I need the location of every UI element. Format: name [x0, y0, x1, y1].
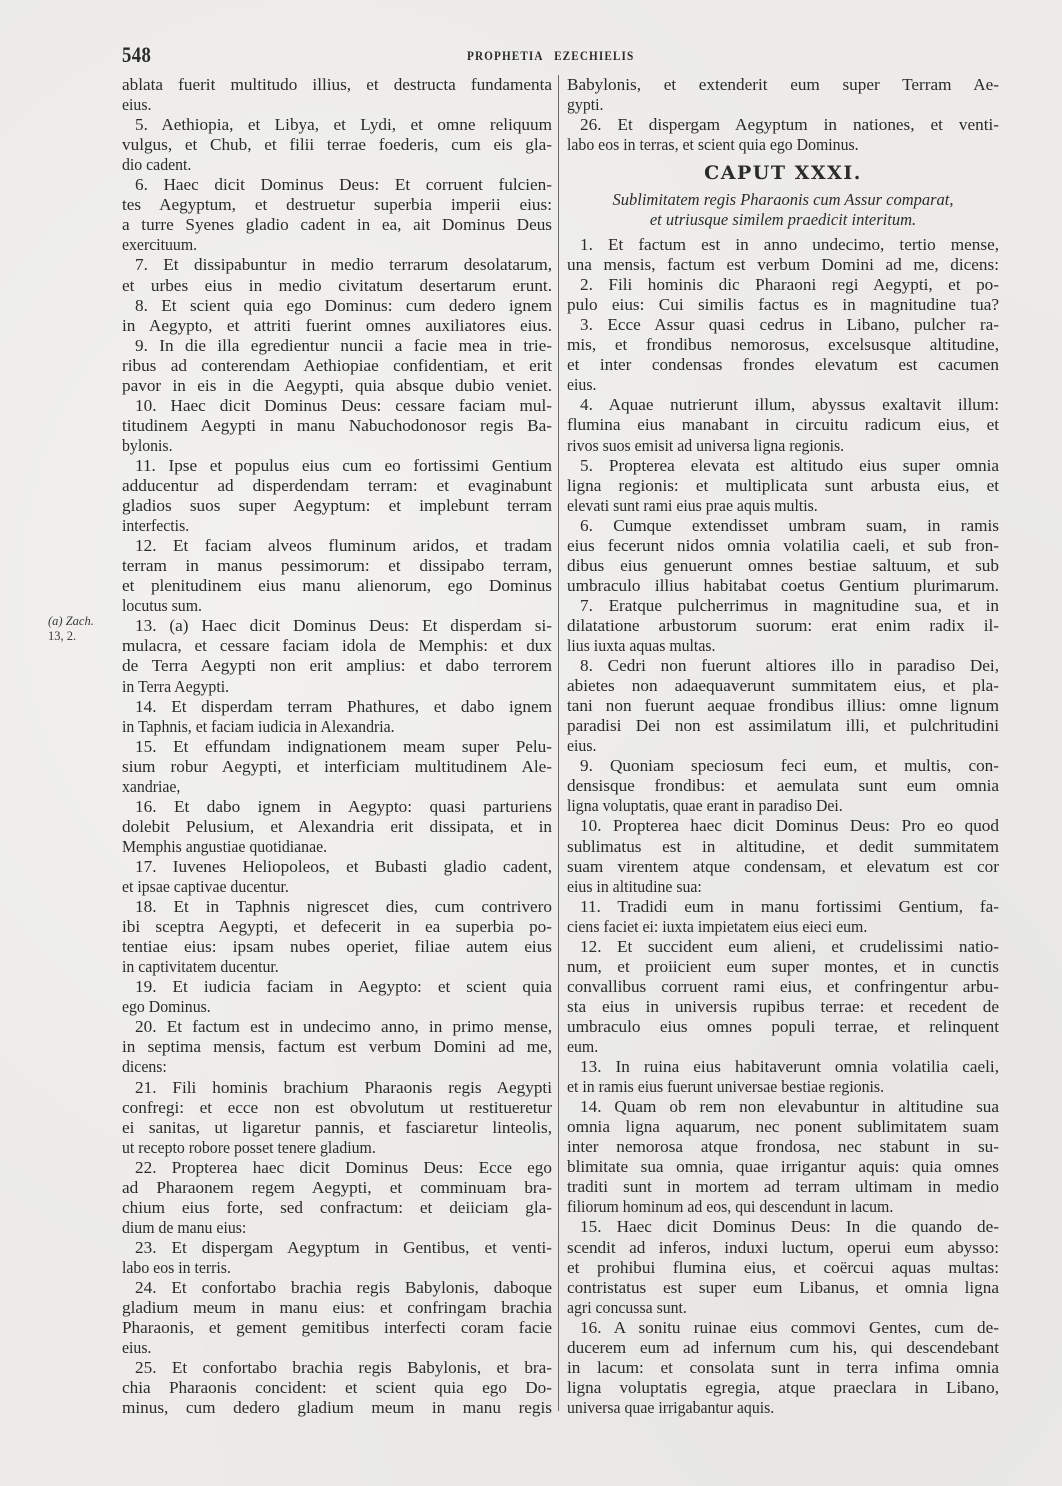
- text-line: Babylonis, et extenderit eum super Terra…: [567, 75, 999, 95]
- text-line: 13. In ruina eius habitaverunt omnia vol…: [567, 1057, 999, 1077]
- text-line: in lacum: et consolata sunt in terra inf…: [567, 1358, 999, 1378]
- text-line: ad Pharaonem regem Aegypti, et comminuam…: [122, 1178, 552, 1198]
- text-line: ego Dominus.: [122, 997, 552, 1017]
- text-line: et prohibui flumina eius, et coërcui aqu…: [567, 1258, 999, 1278]
- text-line: 2. Fili hominis dic Pharaoni regi Aegypt…: [567, 275, 999, 295]
- text-line: eius fecerunt nidos omnia volatilia cael…: [567, 536, 999, 556]
- text-line: mulacra, et cessare faciam idola de Memp…: [122, 636, 552, 656]
- text-line: 20. Et factum est in undecimo anno, in p…: [122, 1017, 552, 1037]
- text-line: exercituum.: [122, 235, 552, 255]
- text-line: 22. Propterea haec dicit Dominus Deus: E…: [122, 1158, 552, 1178]
- text-line: et plenitudinem eius manu alienorum, ego…: [122, 576, 552, 596]
- text-line: 6. Haec dicit Dominus Deus: Et corruent …: [122, 175, 552, 195]
- text-line: eius.: [122, 95, 552, 115]
- text-line: flumina eius manabant in circuitu radicu…: [567, 415, 999, 435]
- text-line: 12. Et faciam alveos fluminum aridos, et…: [122, 536, 552, 556]
- text-line: 7. Et dissipabuntur in medio terrarum de…: [122, 255, 552, 275]
- text-line: et urbes eius in medio civitatum deserta…: [122, 276, 552, 296]
- text-line: locutus sum.: [122, 596, 552, 616]
- text-line: tentiae eius: ipsam nubes operiet, filia…: [122, 937, 552, 957]
- text-line: 25. Et confortabo brachia regis Babyloni…: [122, 1358, 552, 1378]
- text-line: 17. Iuvenes Heliopoleos, et Bubasti glad…: [122, 857, 552, 877]
- text-line: dium de manu eius:: [122, 1218, 552, 1238]
- text-line: traditi sunt in mortem ad terram ultimam…: [567, 1177, 999, 1197]
- text-line: in Terra Aegypti.: [122, 677, 552, 697]
- text-line: eius.: [567, 375, 999, 395]
- text-line: convallibus corruent rami eius, et confr…: [567, 977, 999, 997]
- text-line: tes Aegyptum, et destruetur superbia imp…: [122, 195, 552, 215]
- text-line: 5. Aethiopia, et Libya, et Lydi, et omne…: [122, 115, 552, 135]
- text-line: in captivitatem ducentur.: [122, 957, 552, 977]
- text-line: contristatus est super eum Libanus, et o…: [567, 1278, 999, 1298]
- text-line: 24. Et confortabo brachia regis Babyloni…: [122, 1278, 552, 1298]
- text-line: eum.: [567, 1037, 999, 1057]
- text-line: in septima mensis, factum est verbum Dom…: [122, 1037, 552, 1057]
- text-line: 6. Cumque extendisset umbram suam, in ra…: [567, 516, 999, 536]
- text-line: 9. In die illa egredientur nuncii a faci…: [122, 336, 552, 356]
- text-line: 15. Et effundam indignationem meam super…: [122, 737, 552, 757]
- text-line: 4. Aquae nutrierunt illum, abyssus exalt…: [567, 395, 999, 415]
- text-line: ablata fuerit multitudo illius, et destr…: [122, 75, 552, 95]
- text-line: 10. Haec dicit Dominus Deus: cessare fac…: [122, 396, 552, 416]
- text-line: ut recepto robore posset tenere gladium.: [122, 1138, 552, 1158]
- text-line: a turre Syenes gladio cadent in ea, ait …: [122, 215, 552, 235]
- text-line: ribus ad conterendam Aethiopiae confiden…: [122, 356, 552, 376]
- text-line: dolebit Pelusium, et Alexandria erit dis…: [122, 817, 552, 837]
- text-line: 19. Et iudicia faciam in Aegypto: et sci…: [122, 977, 552, 997]
- text-line: 8. Et scient quia ego Dominus: cum deder…: [122, 296, 552, 316]
- text-line: num, et proiicient eum super montes, et …: [567, 957, 999, 977]
- text-line: terram in manus pessimorum: et dissipabo…: [122, 556, 552, 576]
- text-line: titudinem Aegypti in manu Nabuchodonosor…: [122, 416, 552, 436]
- text-line: 16. Et dabo ignem in Aegypto: quasi part…: [122, 797, 552, 817]
- text-line: Memphis angustiae quotidianae.: [122, 837, 552, 857]
- text-line: 12. Et succident eum alieni, et crudelis…: [567, 937, 999, 957]
- text-line: adducentur ad disperdendam terram: et ev…: [122, 476, 552, 496]
- text-line: sta eius in universis rupibus terrae: et…: [567, 997, 999, 1017]
- margin-note-label: (a) Zach.: [48, 614, 94, 628]
- text-line: 21. Fili hominis brachium Pharaonis regi…: [122, 1078, 552, 1098]
- text-line: 14. Quam ob rem non elevabuntur in altit…: [567, 1097, 999, 1117]
- text-line: pavor in eis in die Aegypti, quia absque…: [122, 376, 552, 396]
- text-line: blimitate sua omnia, quae irrigantur aqu…: [567, 1157, 999, 1177]
- text-line: 10. Propterea haec dicit Dominus Deus: P…: [567, 816, 999, 836]
- text-line: gladium meum in manu eius: et confringam…: [122, 1298, 552, 1318]
- text-line: umbraculo illius habitabat coetus Gentiu…: [567, 576, 999, 596]
- text-line: 18. Et in Taphnis nigrescet dies, cum co…: [122, 897, 552, 917]
- text-line: ligna regionis: et multiplicata sunt arb…: [567, 476, 999, 496]
- running-title: PROPHETIA EZECHIELIS: [467, 49, 634, 64]
- text-line: ligna voluptatis egregia, atque praeclar…: [567, 1378, 999, 1398]
- text-line: bylonis.: [122, 436, 552, 456]
- text-line: paradisi Dei non est assimilatum illi, e…: [567, 716, 999, 736]
- text-line: Pharaonis, et gement gemitibus interfect…: [122, 1318, 552, 1338]
- text-line: sublimatus est in altitudine, et dedit s…: [567, 837, 999, 857]
- text-line: labo eos in terris.: [122, 1258, 552, 1278]
- text-line: 3. Ecce Assur quasi cedrus in Libano, pu…: [567, 315, 999, 335]
- text-line: et in ramis eius fuerunt universae besti…: [567, 1077, 999, 1097]
- text-line: densisque frondibus: et aemulata sunt eu…: [567, 776, 999, 796]
- margin-note: (a) Zach. 13, 2.: [48, 614, 94, 644]
- text-line: labo eos in terras, et scient quia ego D…: [567, 135, 999, 155]
- text-line: 5. Propterea elevata est altitudo eius s…: [567, 456, 999, 476]
- text-line: lius iuxta aquas multas.: [567, 636, 999, 656]
- column-divider: [558, 75, 559, 1411]
- text-line: agri concussa sunt.: [567, 1298, 999, 1318]
- text-line: rivos suos emisit ad universa ligna regi…: [567, 436, 999, 456]
- text-line: 1. Et factum est in anno undecimo, terti…: [567, 235, 999, 255]
- page-number: 548: [122, 42, 151, 68]
- text-line: gypti.: [567, 95, 999, 115]
- text-line: sium robur Aegypti, et interficiam multi…: [122, 757, 552, 777]
- text-line: 14. Et disperdam terram Phathures, et da…: [122, 697, 552, 717]
- text-line: in Aegypto, et attriti fuerint omnes aux…: [122, 316, 552, 336]
- text-line: ciens faciet ei: iuxta impietatem eius e…: [567, 917, 999, 937]
- text-line: confregi: et ecce non est obvolutum ut r…: [122, 1098, 552, 1118]
- text-line: et inter condensas frondes elevatum est …: [567, 355, 999, 375]
- text-line: ducerem eum ad infernum cum his, qui des…: [567, 1338, 999, 1358]
- text-line: in Taphnis, et faciam iudicia in Alexand…: [122, 717, 552, 737]
- text-line: 13. (a) Haec dicit Dominus Deus: Et disp…: [122, 616, 552, 636]
- text-line: mis, et frondibus nemorosus, excelsusque…: [567, 335, 999, 355]
- text-line: elevati sunt rami eius prae aquis multis…: [567, 496, 999, 516]
- text-line: interfectis.: [122, 516, 552, 536]
- text-line: 15. Haec dicit Dominus Deus: In die quan…: [567, 1217, 999, 1237]
- text-line: vulgus, et Chub, et filii terrae foederi…: [122, 135, 552, 155]
- text-line: 9. Quoniam speciosum feci eum, et multis…: [567, 756, 999, 776]
- text-line: scendit ad inferos, induxi luctum, operu…: [567, 1238, 999, 1258]
- text-line: eius.: [122, 1338, 552, 1358]
- text-line: tani non fuerunt aequae frondibus illius…: [567, 696, 999, 716]
- text-line: dibus eius genuerunt omnes bestiae saltu…: [567, 556, 999, 576]
- text-line: dilatatione arbustorum suorum: erat enim…: [567, 616, 999, 636]
- text-line: 16. A sonitu ruinae eius commovi Gentes,…: [567, 1318, 999, 1338]
- text-line: xandriae,: [122, 777, 552, 797]
- text-line: pulo eius: Cui similis factus es in magn…: [567, 295, 999, 315]
- text-line: minus, cum dedero gladium meum in manu r…: [122, 1398, 552, 1418]
- text-line: 7. Eratque pulcherrimus in magnitudine s…: [567, 596, 999, 616]
- text-line: filiorum hominum ad eos, qui descendunt …: [567, 1197, 999, 1217]
- text-line: ligna voluptatis, quae erant in paradiso…: [567, 796, 999, 816]
- text-line: chium eius forte, sed confractum: et dei…: [122, 1198, 552, 1218]
- text-line: ei sanitas, ut ligaretur pannis, et fasc…: [122, 1118, 552, 1138]
- text-line: 8. Cedri non fuerunt altiores illo in pa…: [567, 656, 999, 676]
- text-line: ibi sceptra Aegypti, et defecerit in ea …: [122, 917, 552, 937]
- text-line: umbraculo eius omnes populi terrae, et r…: [567, 1017, 999, 1037]
- text-line: eius.: [567, 736, 999, 756]
- text-line: 23. Et dispergam Aegyptum in Gentibus, e…: [122, 1238, 552, 1258]
- text-line: chia Pharaonis concident: et scient quia…: [122, 1378, 552, 1398]
- text-line: abietes non adaequaverunt summitatem eiu…: [567, 676, 999, 696]
- text-line: de Terra Aegypti non erit amplius: et da…: [122, 656, 552, 676]
- text-line: universa quae irrigabantur aquis.: [567, 1398, 999, 1418]
- text-line: gladios suos super Aegyptum: et implebun…: [122, 496, 552, 516]
- text-line: eius in altitudine sua:: [567, 877, 999, 897]
- text-line: dicens:: [122, 1057, 552, 1077]
- text-line: una mensis, factum est verbum Domini ad …: [567, 255, 999, 275]
- text-line: inter nemorosa atque frondosa, nec stabu…: [567, 1137, 999, 1157]
- chapter-summary-line: Sublimitatem regis Pharaonis cum Assur c…: [567, 190, 999, 210]
- text-line: 11. Tradidi eum in manu fortissimi Genti…: [567, 897, 999, 917]
- text-line: omnia ligna aquarum, nec ponent sublimit…: [567, 1117, 999, 1137]
- text-line: suam virentem atque condensam, et elevat…: [567, 857, 999, 877]
- chapter-summary-line: et utriusque similem praedicit interitum…: [567, 210, 999, 230]
- margin-note-ref: 13, 2.: [48, 629, 94, 644]
- scanned-page: 548 PROPHETIA EZECHIELIS (a) Zach. 13, 2…: [0, 0, 1062, 1486]
- chapter-heading: CAPUT XXXI.: [567, 162, 999, 184]
- text-line: dio cadent.: [122, 155, 552, 175]
- text-line: 11. Ipse et populus eius cum eo fortissi…: [122, 456, 552, 476]
- text-line: 26. Et dispergam Aegyptum in nationes, e…: [567, 115, 999, 135]
- text-line: et ipsae captivae ducentur.: [122, 877, 552, 897]
